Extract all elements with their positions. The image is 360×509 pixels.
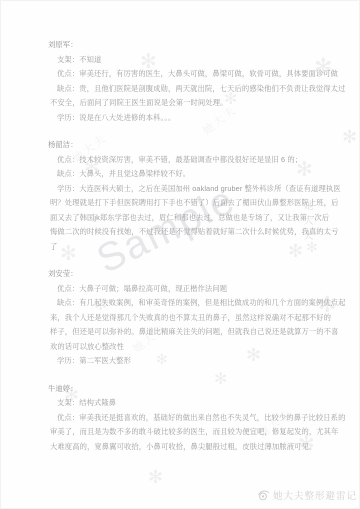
review-line: 缺点：贵，且他们医院是剖腹成勋，两天就出院，七天后的感染他们不负责让我觉得太过 (48, 82, 338, 97)
review-line: 不安全，后面问了同院王医生面说是会第一时间处理。 (48, 96, 338, 111)
review-line: 明？处理就是打下手但医院聘用打下手也不错了）后面去了楣田伏山鼻整形医院上班，后 (48, 196, 338, 211)
review-line: 样子，但还是可以弥补的。鼻道比精麻关注失的问题，但就我自己说还是就算万一的不喜 (48, 325, 338, 340)
doctor-name: 刘安莹： (48, 267, 338, 282)
review-line: 缺点：大鼻头，并且觉这鼻梁样较不好。 (48, 167, 338, 182)
review-line: 支架：不知道 (48, 53, 338, 68)
review-line: 支架：结构式隆鼻 (48, 396, 338, 411)
review-line: 学历：大连医科大硕士，之后在美国加州 oakland gruber 整外科诊所（… (48, 182, 338, 197)
review-line: 大难度高的，宽鼻翼可收拾，小鼻可收拾，鼻尖腿般过粗，皮肤过薄加脓液可见。 (48, 440, 338, 455)
review-line: 欢的话可以放心整改性 (48, 340, 338, 355)
doctor-name: 杨韶洁： (48, 138, 338, 153)
review-line: 缺点：有几起失败案例，和审美奇怪的案例，但是相比做成功的和几个方面的案例优点起 (48, 296, 338, 311)
doctor-section: 杨韶洁：优点：技术较资深厉害，审美不错，最基础调查中都没很好还是显旧 6 的；缺… (48, 138, 338, 254)
weibo-watermark: 她大夫整形避雷记 (257, 488, 357, 502)
review-line: 优点：大鼻子可做；塌鼻拉高可做，现正楷作法问题 (48, 282, 338, 297)
review-line: 学历：第二军医大整形 (48, 354, 338, 369)
review-line: 优点：技术较资深厉害，审美不错，最基础调查中都没很好还是显旧 6 的； (48, 153, 338, 168)
flower-watermark-icon: ✻ (342, 128, 357, 146)
review-line: 优点：审美还行，有厉害的医生，大鼻头可做，鼻梁可做，软骨可做，具体要面诊可做 (48, 67, 338, 82)
review-document: 刘原军：支架：不知道优点：审美还行，有厉害的医生，大鼻头可做，鼻梁可做，软骨可做… (48, 38, 338, 454)
review-line: 优点：审美我还是挺喜欢的，基础好的做出来自然也不失灵气，比较少的鼻子比较日系的 (48, 411, 338, 426)
review-line: 学历：说是在八大处进修的本科。。。 (48, 111, 338, 126)
review-line: 审美了，而且是为数不多的敢斗破比较多的医生，而且较为便宜吧，修复起发的，尤其年 (48, 425, 338, 440)
review-line: 来，我个人还是觉得那几个失败真的也不算太丑的鼻子，虽然这样说确对不起那不好的 (48, 311, 338, 326)
review-line: 面又去了韩国jk郑东学部也去过，眉仁和那也去过，总做也是专场了，又让我第一次后 (48, 211, 338, 226)
doctor-name: 牛迪婷： (48, 382, 338, 397)
doctor-section: 刘安莹：优点：大鼻子可做；塌鼻拉高可做，现正楷作法问题缺点：有几起失败案例，和审… (48, 267, 338, 369)
weibo-logo-icon (257, 490, 270, 501)
doctor-section: 刘原军：支架：不知道优点：审美还行，有厉害的医生，大鼻头可做，鼻梁可做，软骨可做… (48, 38, 338, 125)
review-line: 了 (48, 240, 338, 255)
weibo-watermark-text: 她大夫整形避雷记 (273, 488, 357, 502)
flower-watermark-icon: ✻ (148, 468, 163, 486)
doctor-name: 刘原军： (48, 38, 338, 53)
review-line: 悔做二次的时候没有找她，不过我还是不觉得贴着就好第二次什么时候优势，我真的太亏 (48, 225, 338, 240)
doctor-section: 牛迪婷：支架：结构式隆鼻优点：审美我还是挺喜欢的，基础好的做出来自然也不失灵气，… (48, 382, 338, 455)
document-page: Sample 她大夫 她大夫她大夫她大夫她大夫 ✻✻✻✻✻✻✻✻✻✻✻✻✻✻✻✻… (0, 0, 360, 509)
